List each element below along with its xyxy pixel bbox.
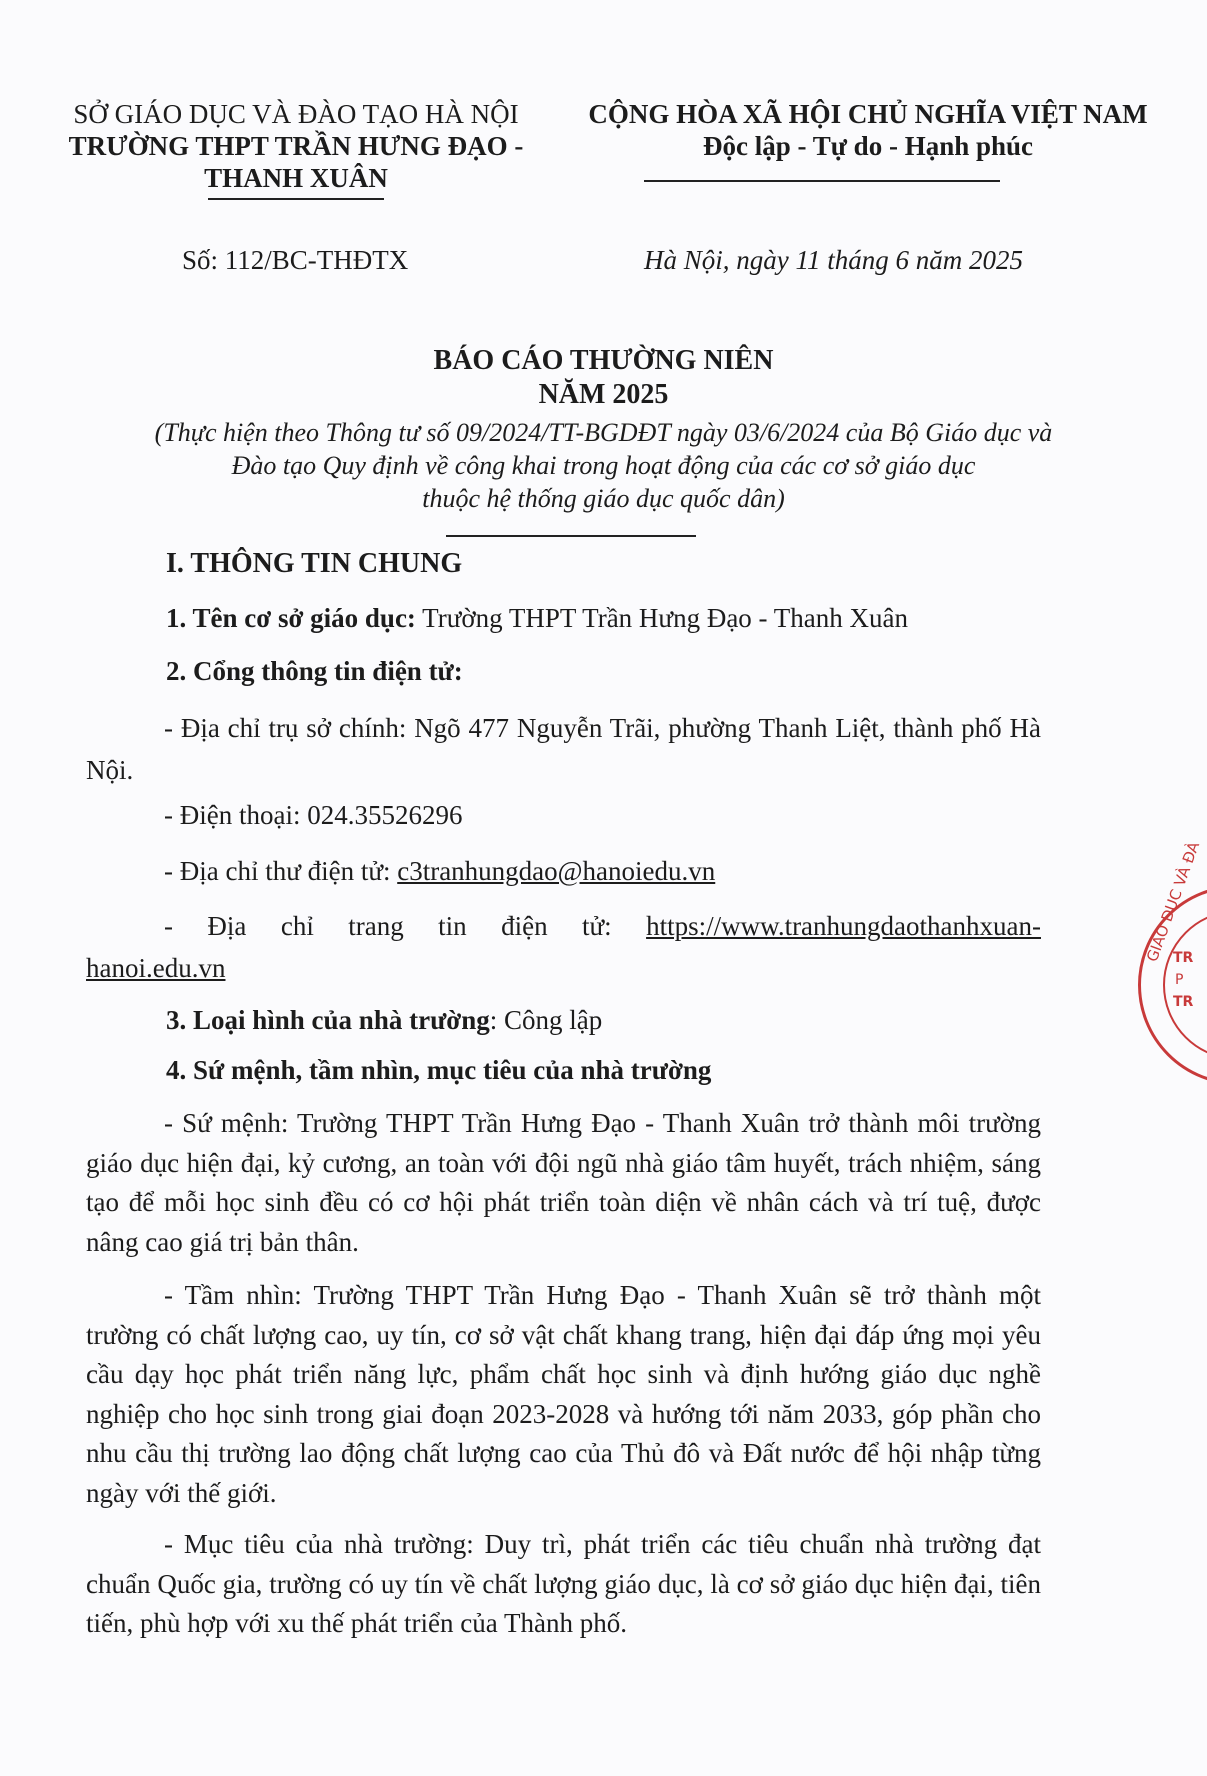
item-value: : Công lập — [490, 1005, 603, 1035]
school-name-underline — [208, 198, 384, 200]
department-name: SỞ GIÁO DỤC VÀ ĐÀO TẠO HÀ NỘI — [56, 98, 536, 130]
website-label: - Địa chỉ trang tin điện tử: — [164, 911, 646, 941]
item-school-type: 3. Loại hình của nhà trường: Công lập — [166, 1005, 602, 1036]
header-left: SỞ GIÁO DỤC VÀ ĐÀO TẠO HÀ NỘI TRƯỜNG THP… — [56, 98, 536, 194]
title-divider — [446, 535, 696, 537]
motto-underline — [644, 180, 1000, 182]
national-title: CỘNG HÒA XÃ HỘI CHỦ NGHĨA VIỆT NAM — [538, 98, 1198, 130]
school-name-line1: TRƯỜNG THPT TRẦN HƯNG ĐẠO - — [56, 130, 536, 162]
email-label: - Địa chỉ thư điện tử: — [164, 856, 397, 886]
school-name-line2: THANH XUÂN — [56, 162, 536, 194]
item-mission-heading: 4. Sứ mệnh, tầm nhìn, mục tiêu của nhà t… — [166, 1055, 711, 1086]
subtitle-line: (Thực hiện theo Thông tư số 09/2024/TT-B… — [0, 416, 1207, 449]
place-date: Hà Nội, ngày 11 tháng 6 năm 2025 — [644, 245, 1023, 276]
item-school-name: 1. Tên cơ sở giáo dục: Trường THPT Trần … — [166, 603, 908, 634]
goal-text: - Mục tiêu của nhà trường: Duy trì, phát… — [86, 1525, 1041, 1644]
item-portal: 2. Cổng thông tin điện tử: — [166, 656, 463, 687]
header-right: CỘNG HÒA XÃ HỘI CHỦ NGHĨA VIỆT NAM Độc l… — [538, 98, 1198, 162]
item-value: Trường THPT Trần Hưng Đạo - Thanh Xuân — [416, 603, 908, 633]
item-label: 1. Tên cơ sở giáo dục: — [166, 603, 416, 633]
vision-text: - Tầm nhìn: Trường THPT Trần Hưng Đạo - … — [86, 1276, 1041, 1513]
website-line: - Địa chỉ trang tin điện tử: https://www… — [86, 905, 1041, 989]
stamp-inner-line3: TR — [1173, 994, 1193, 1010]
report-title: BÁO CÁO THƯỜNG NIÊN NĂM 2025 — [0, 344, 1207, 412]
stamp-inner-line1: TR — [1173, 950, 1193, 966]
subtitle-line: Đào tạo Quy định về công khai trong hoạt… — [0, 449, 1207, 482]
official-stamp: GIÁO DỤC VÀ ĐÀ TR P TR — [1138, 885, 1207, 1085]
email-link[interactable]: c3tranhungdao@hanoiedu.vn — [397, 856, 715, 886]
national-motto: Độc lập - Tự do - Hạnh phúc — [538, 130, 1198, 162]
subtitle-line: thuộc hệ thống giáo dục quốc dân) — [0, 482, 1207, 515]
section-heading: I. THÔNG TIN CHUNG — [166, 548, 462, 580]
document-number: Số: 112/BC-THĐTX — [182, 245, 408, 276]
stamp-inner-line2: P — [1175, 972, 1183, 988]
phone-text: - Điện thoại: 024.35526296 — [164, 800, 462, 831]
item-label: 3. Loại hình của nhà trường — [166, 1005, 490, 1035]
report-title-line1: BÁO CÁO THƯỜNG NIÊN — [0, 344, 1207, 378]
address-text: - Địa chỉ trụ sở chính: Ngõ 477 Nguyễn T… — [86, 707, 1041, 791]
mission-text: - Sứ mệnh: Trường THPT Trần Hưng Đạo - T… — [86, 1104, 1041, 1262]
report-title-line2: NĂM 2025 — [0, 378, 1207, 412]
email-line: - Địa chỉ thư điện tử: c3tranhungdao@han… — [164, 856, 715, 887]
report-subtitle: (Thực hiện theo Thông tư số 09/2024/TT-B… — [0, 416, 1207, 515]
